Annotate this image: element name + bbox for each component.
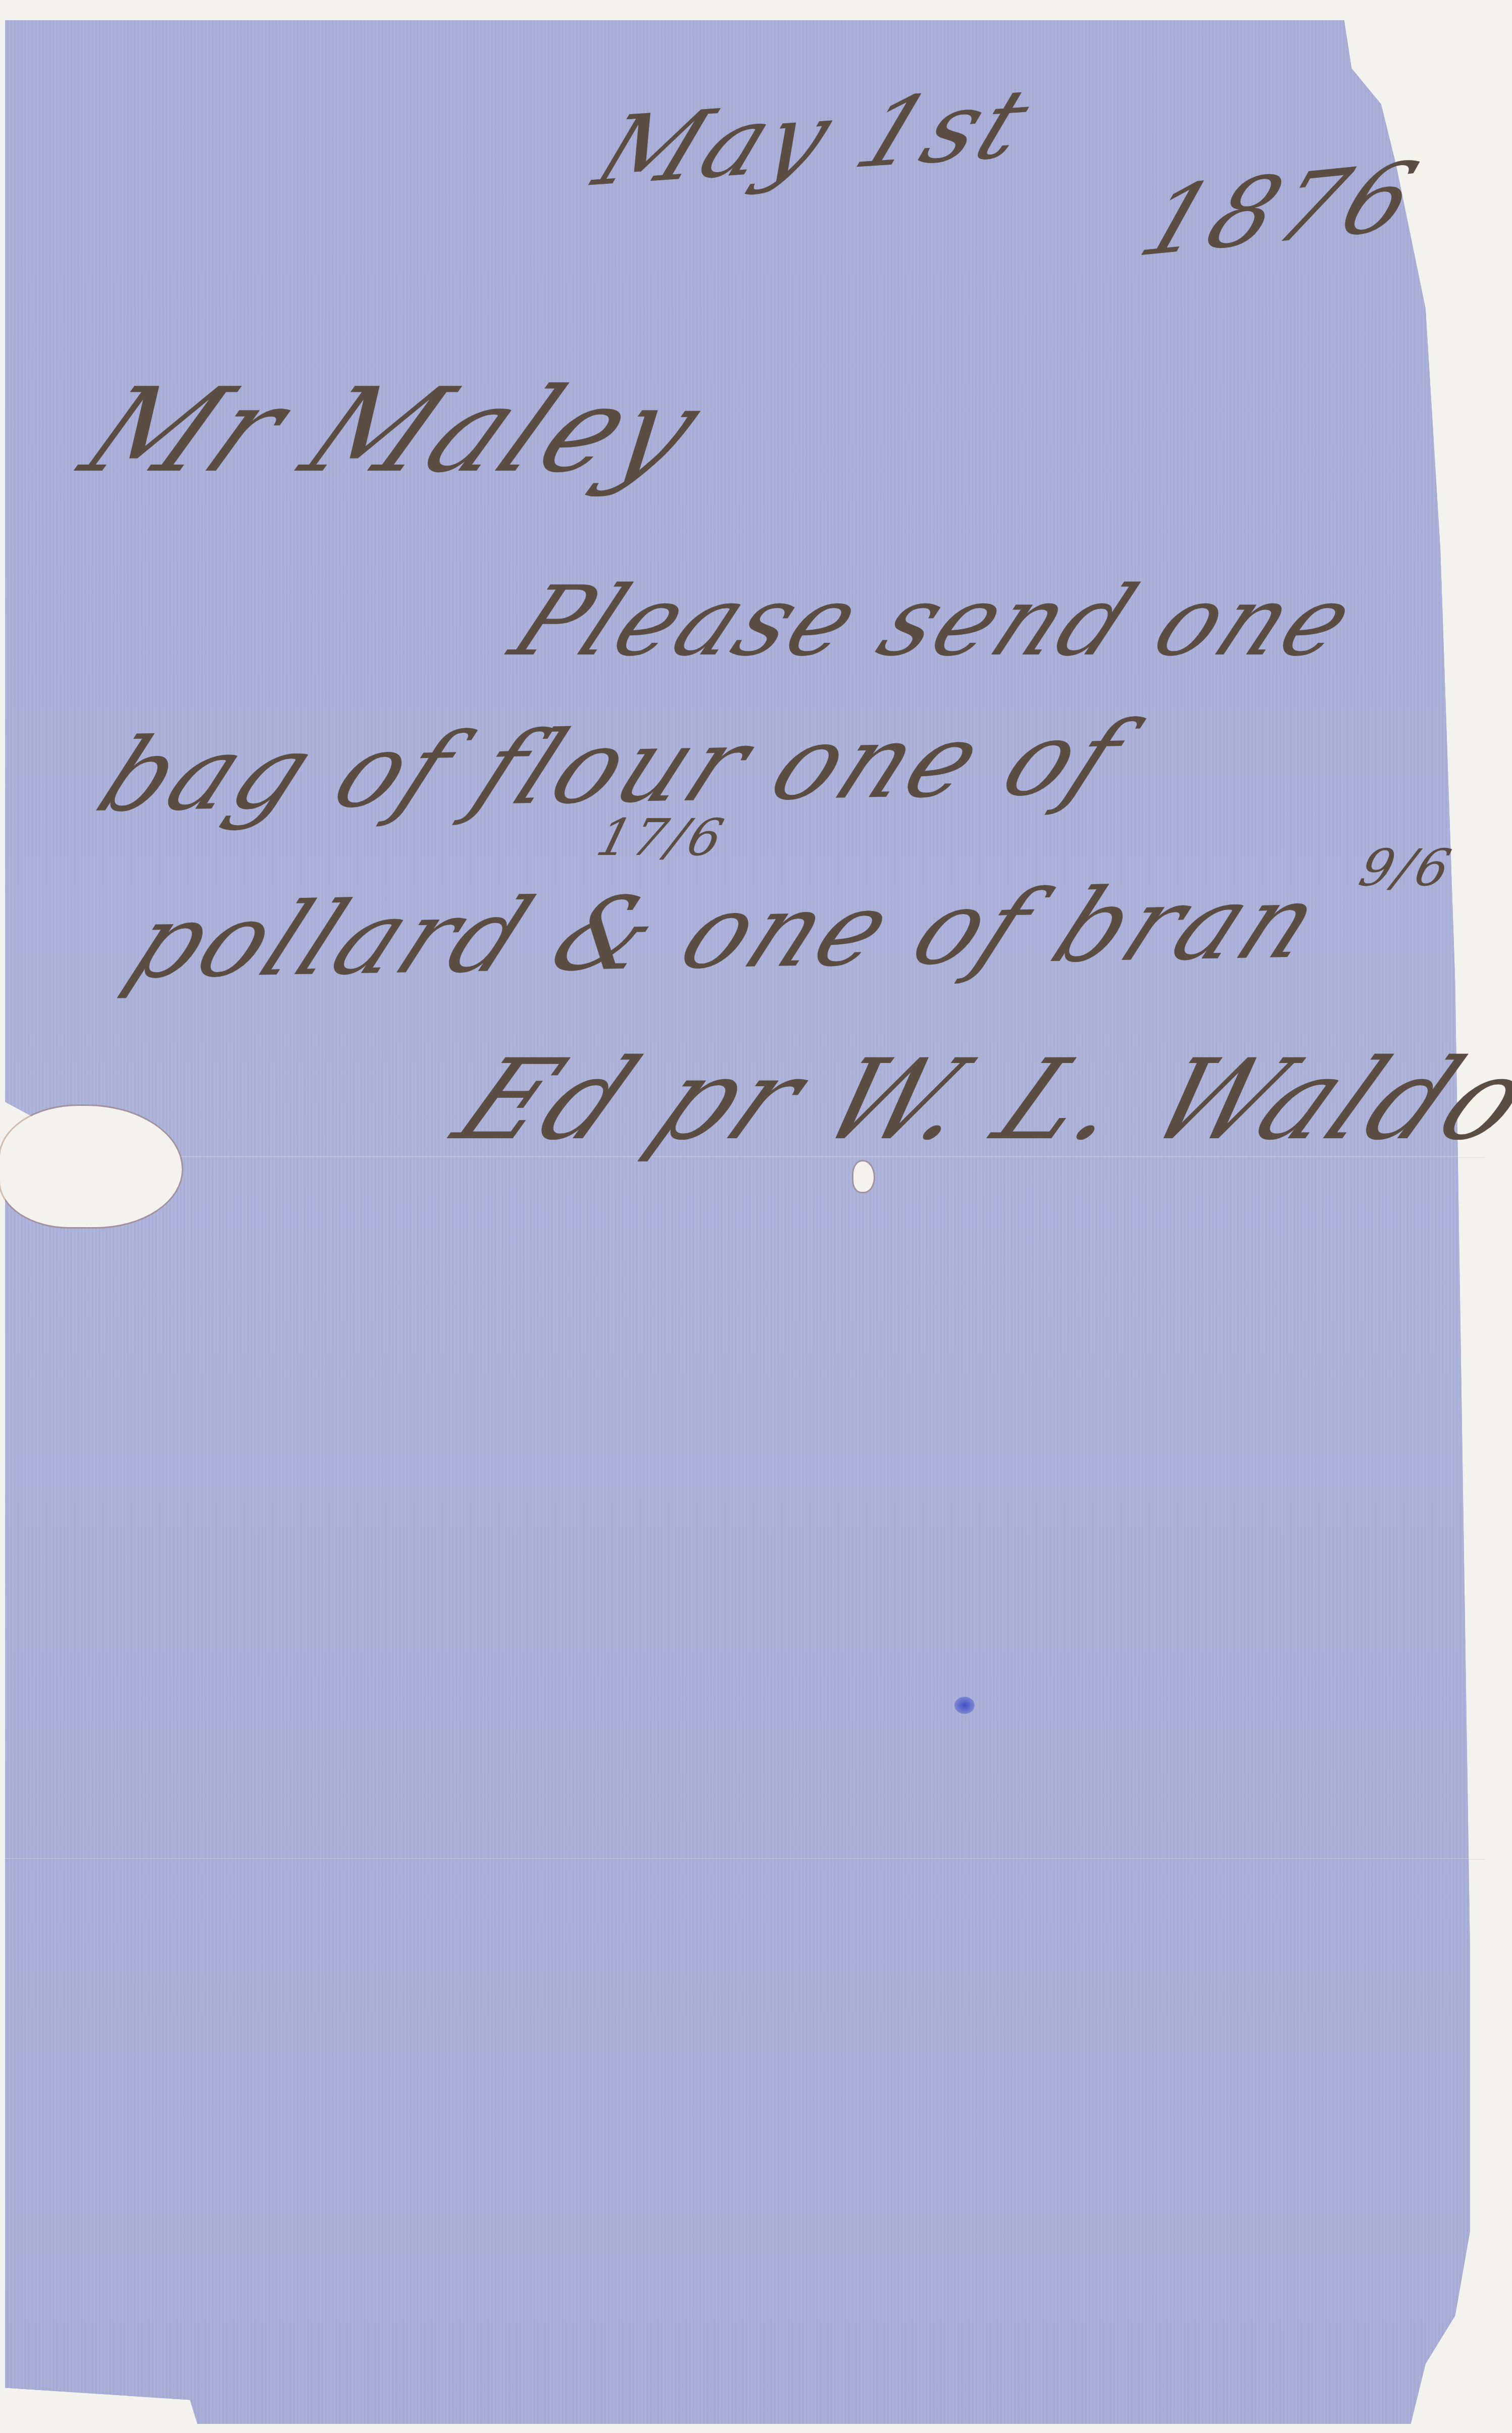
bran-price-annotation: 9/6 (1353, 838, 1459, 897)
blue-ink-spot (954, 1697, 975, 1714)
fold-crease-lower (5, 1858, 1485, 1860)
body-line-3: pollard & one of bran (111, 864, 1340, 1001)
signature: Ed pr W. L. Waldock (434, 1035, 1512, 1164)
pin-hole (853, 1161, 874, 1192)
body-line-1: Please send one (495, 566, 1374, 677)
pollard-price-annotation: 17/6 (591, 808, 732, 867)
salutation: Mr Maley (61, 364, 728, 498)
